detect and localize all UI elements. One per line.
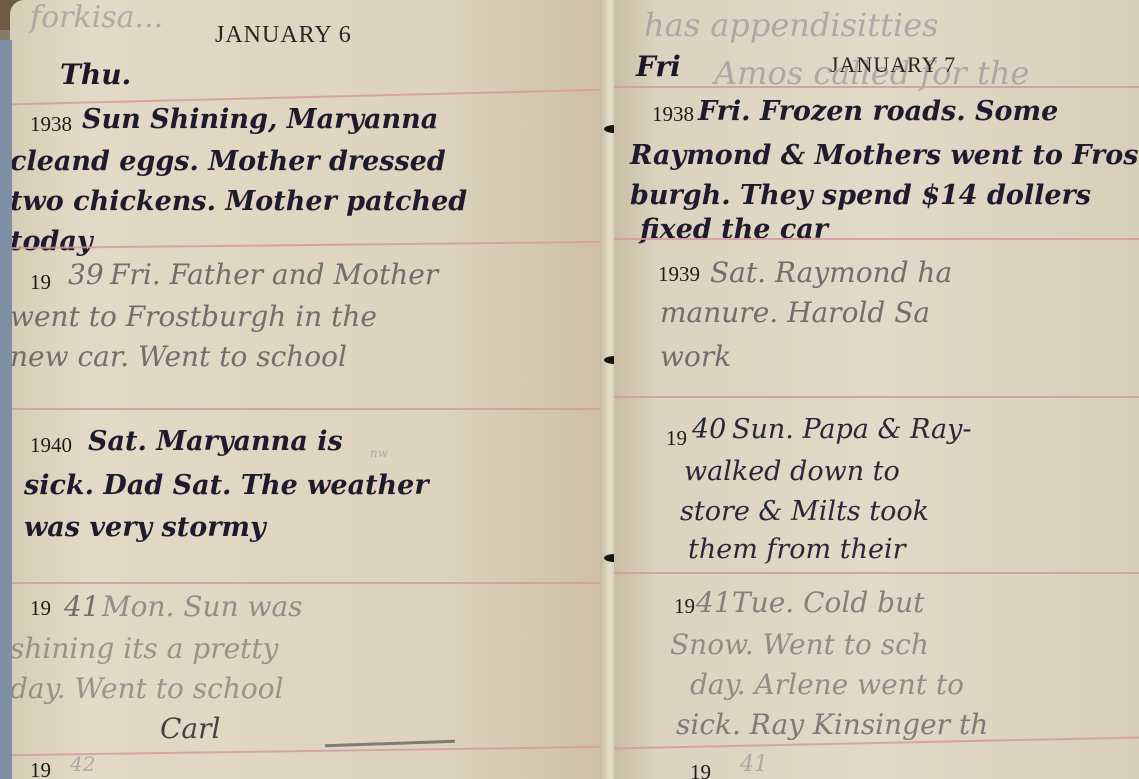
entry-year-written: 41 xyxy=(696,586,732,619)
right-page: has appendisitties Amos called for the J… xyxy=(614,0,1139,779)
entry-year-written: 40 xyxy=(692,414,726,445)
rule-line xyxy=(614,396,1139,398)
entry-line: Fri. Father and Mother xyxy=(110,258,438,291)
rule-line xyxy=(10,241,610,249)
page-date-header: JANUARY 6 xyxy=(215,22,352,49)
entry-line: Mon. Sun was xyxy=(102,590,303,623)
entry-year: 19 xyxy=(30,596,51,621)
rule-line xyxy=(614,572,1139,574)
rule-line xyxy=(614,238,1139,240)
entry-year: 19 xyxy=(30,270,51,295)
entry-line: two chickens. Mother patched xyxy=(10,186,467,217)
entry-year-written: 41 xyxy=(64,590,100,623)
bleed-through-text: has appendisitties xyxy=(644,6,939,44)
entry-line: Fri. Frozen roads. Some xyxy=(698,96,1058,127)
weekday-label: Thu. xyxy=(60,58,131,91)
entry-year: 19 xyxy=(690,760,711,779)
left-page: forkisa... JANUARY 6 Thu. 1938 Sun Shini… xyxy=(10,0,610,779)
rule-line xyxy=(614,86,1139,88)
entry-line: Snow. Went to sch xyxy=(670,628,929,661)
entry-year-written: 41 xyxy=(740,752,768,777)
entry-year: 19 xyxy=(674,594,695,619)
page-date-header: JANUARY 7 xyxy=(830,52,956,78)
entry-year-written: 39 xyxy=(68,258,104,291)
entry-line: shining its a pretty xyxy=(10,632,278,665)
entry-line: walked down to xyxy=(684,456,900,487)
entry-line: today xyxy=(10,226,93,257)
entry-line: was very stormy xyxy=(24,512,266,543)
entry-year: 1938 xyxy=(652,102,694,127)
entry-line: manure. Harold Sa xyxy=(660,296,930,329)
entry-line: new car. Went to school xyxy=(10,340,347,373)
entry-year: 19 xyxy=(30,758,51,779)
entry-year: 1939 xyxy=(658,262,700,287)
entry-year-written: 42 xyxy=(70,752,95,776)
entry-line: Carl xyxy=(160,712,220,745)
entry-line: went to Frostburgh in the xyxy=(10,300,377,333)
entry-line: sick. Ray Kinsinger th xyxy=(676,708,988,741)
entry-line: Sun. Papa & Ray- xyxy=(732,414,972,445)
entry-line: them from their xyxy=(688,534,906,565)
entry-line: sick. Dad Sat. The weather xyxy=(24,470,429,501)
entry-year: 1938 xyxy=(30,112,72,137)
rule-line xyxy=(10,89,610,106)
entry-line: store & Milts took xyxy=(680,496,929,527)
entry-line: Sun Shining, Maryanna xyxy=(82,104,438,135)
bleed-through-text: forkisa... xyxy=(30,0,163,35)
entry-line: Sat. Raymond ha xyxy=(710,256,952,289)
rule-line xyxy=(10,746,610,756)
entry-year: 1940 xyxy=(30,433,72,458)
entry-line: Sat. Maryanna is xyxy=(88,426,343,457)
entry-line: Raymond & Mothers went to Fros- xyxy=(630,140,1139,171)
entry-line: work xyxy=(660,340,731,373)
entry-year: 19 xyxy=(666,426,687,451)
entry-line: day. Went to school xyxy=(10,672,284,705)
entry-line: cleand eggs. Mother dressed xyxy=(10,146,446,177)
entry-line: burgh. They spend $14 dollers xyxy=(630,180,1091,211)
rule-line xyxy=(10,582,610,584)
weekday-label: Fri xyxy=(636,50,681,83)
rule-line xyxy=(10,408,610,410)
entry-line: day. Arlene went to xyxy=(690,668,964,701)
diary-spread: forkisa... JANUARY 6 Thu. 1938 Sun Shini… xyxy=(0,0,1139,779)
entry-line: Tue. Cold but xyxy=(732,586,924,619)
entry-line: fixed the car xyxy=(640,214,828,245)
strikethrough-scribble xyxy=(325,740,455,748)
margin-annotation: nw xyxy=(370,446,388,460)
page-edge xyxy=(0,40,12,779)
